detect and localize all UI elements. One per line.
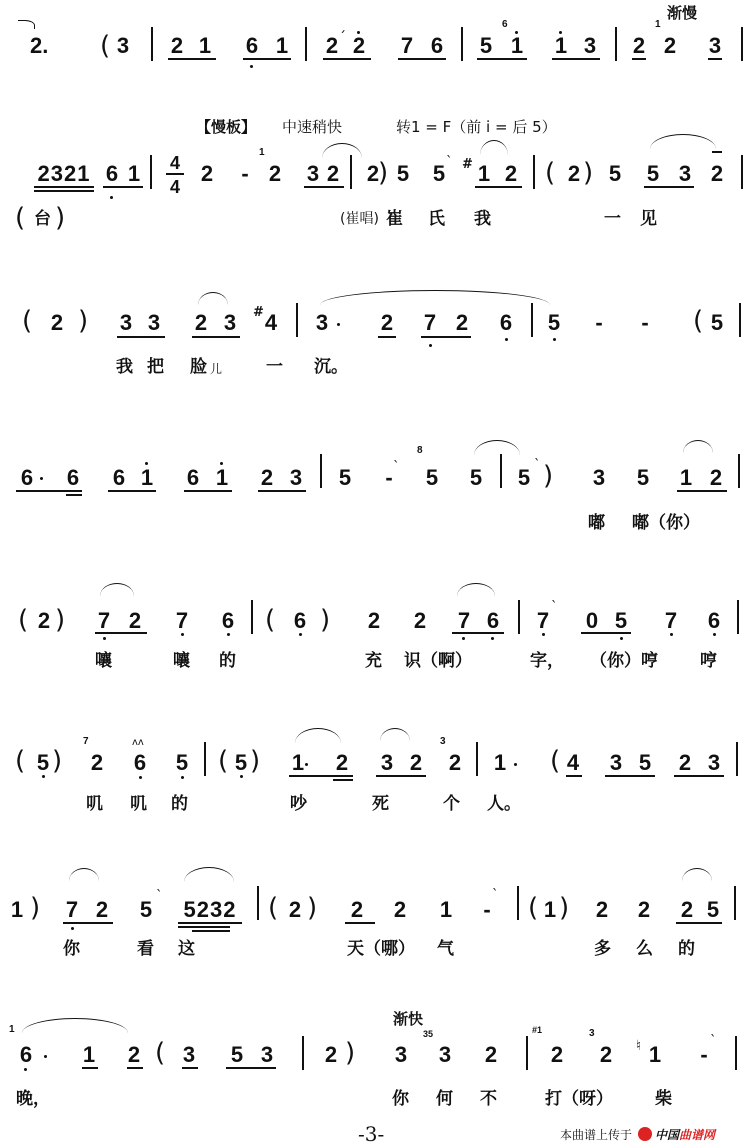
underline [674, 775, 724, 777]
note: 2 [348, 899, 366, 921]
lyric: 气 [437, 940, 454, 958]
underline [605, 775, 655, 777]
note: 2 [548, 1044, 566, 1066]
lyric: 人。 [487, 795, 521, 813]
underline [34, 186, 94, 188]
barline [517, 886, 519, 920]
tempo-mark: 中速稍快 [282, 116, 342, 137]
augmentation-dot [337, 323, 340, 326]
underline [323, 58, 371, 60]
slide-mark: ˊ [339, 30, 346, 46]
underline [477, 58, 527, 60]
page-number: -3- [358, 1122, 384, 1146]
grace-note: 6 [502, 20, 508, 30]
note: 0 [583, 610, 601, 632]
low-octave-dot [71, 927, 74, 930]
barline [320, 454, 322, 488]
low-octave-dot [429, 344, 432, 347]
slur [480, 140, 508, 155]
underline [475, 186, 522, 188]
note: 6 [219, 610, 237, 632]
note: 6 [243, 35, 261, 57]
lyric: 不 [480, 1090, 497, 1108]
key-change: 转1 = F（前 i̇ = 后 5） [396, 116, 557, 137]
note: 2 [593, 899, 611, 921]
underline [117, 336, 165, 338]
note: 2 [446, 752, 464, 774]
lyric: 崔 [386, 210, 403, 228]
note: 2 [324, 163, 342, 185]
note: 7 [95, 610, 113, 632]
lyric: 多 [594, 940, 611, 958]
note: 2 [565, 163, 583, 185]
slur [320, 290, 550, 305]
source-watermark: 本曲谱上传于中国曲谱网 [560, 1126, 715, 1143]
low-octave-dot [227, 633, 230, 636]
lyric: 脸 [190, 358, 207, 376]
note: 3 [581, 35, 599, 57]
note: 3 [114, 35, 132, 57]
note: 3 [392, 1044, 410, 1066]
note: 1 [541, 899, 559, 921]
grace-note: 1 [655, 20, 661, 30]
low-octave-dot [620, 637, 623, 640]
slur [457, 583, 495, 596]
paren-close: ) [30, 893, 40, 923]
underline [421, 336, 471, 338]
note: 5 [634, 467, 652, 489]
high-octave-dot [220, 462, 223, 465]
barline [738, 454, 740, 488]
note: 5 [606, 163, 624, 185]
lyric: 把 [147, 358, 164, 376]
sharp: # [462, 157, 473, 172]
barline [204, 742, 206, 776]
underline [676, 922, 722, 924]
underline [677, 490, 727, 492]
lyric: 你 [63, 940, 80, 958]
note: 7 [455, 610, 473, 632]
lyric: 识（啊） [404, 652, 472, 670]
low-octave-dot [240, 775, 243, 778]
slur [22, 1018, 128, 1033]
note: 5 [545, 312, 563, 334]
time-sig-line [166, 173, 184, 175]
underline [192, 930, 230, 932]
note: 1 [508, 35, 526, 57]
note: 2 [192, 312, 210, 334]
note: 2 [266, 163, 284, 185]
barline [296, 303, 298, 337]
lyric: 死 [372, 795, 389, 813]
breath-mark: ˋ [551, 600, 558, 615]
paren-open: ( [265, 605, 275, 635]
note: 6 [184, 467, 202, 489]
lyric: 嚷 [95, 652, 112, 670]
low-octave-dot [553, 338, 556, 341]
barline [615, 27, 617, 61]
paren-close: ) [55, 203, 65, 233]
barline [305, 27, 307, 61]
low-octave-dot [110, 196, 113, 199]
underline [552, 58, 600, 60]
underline [243, 58, 291, 60]
barline [150, 155, 152, 189]
grace-note: 7 [83, 737, 89, 747]
breath-mark: ˋ [446, 155, 453, 170]
lyric: 的 [171, 795, 188, 813]
note: 5 [394, 163, 412, 185]
note: 5 [708, 312, 726, 334]
note: 1 [491, 752, 509, 774]
barline [735, 1036, 737, 1070]
paren-open: ( [155, 1038, 165, 1068]
note: 5 [336, 467, 354, 489]
breath-mark: ˋ [393, 460, 400, 475]
note: 5 [644, 163, 662, 185]
tempo-mark: 渐慢 [667, 2, 697, 23]
lyric: 个 [443, 795, 460, 813]
underline [644, 186, 694, 188]
high-octave-dot [559, 31, 562, 34]
grace-note: 3 [589, 1029, 595, 1039]
note: 3 [676, 163, 694, 185]
breath-mark: ˋ [156, 889, 163, 904]
lyric: 嘟 [588, 514, 605, 532]
trill-mark: ʌʌ [132, 737, 144, 748]
slur [184, 867, 234, 882]
barline [251, 600, 253, 634]
underline [398, 58, 446, 60]
paren-close: ) [250, 746, 260, 776]
natural-sign: ♮ [636, 1038, 641, 1054]
augmentation-dot [514, 763, 517, 766]
paren-open: ( [268, 893, 278, 923]
site-name-part2: 曲谱网 [679, 1128, 715, 1142]
low-octave-dot [505, 338, 508, 341]
lyric: 何 [436, 1090, 453, 1108]
lyric: 嚷 [173, 652, 190, 670]
grace-note: 35 [423, 1029, 433, 1039]
note: 1 [213, 467, 231, 489]
low-octave-dot [24, 1068, 27, 1071]
note: 5 [34, 752, 52, 774]
low-octave-dot [713, 633, 716, 636]
breath-mark: ˋ [710, 1034, 717, 1049]
paren-open: ( [545, 158, 555, 188]
lyric: 叽 [130, 795, 147, 813]
note: 2 [198, 163, 216, 185]
note: 2 [391, 899, 409, 921]
section-label: 【慢板】 [196, 116, 256, 137]
barline [476, 742, 478, 776]
high-octave-dot [515, 31, 518, 34]
note: 3 [180, 1044, 198, 1066]
lyric: 一 [266, 358, 283, 376]
paren-open: ( [218, 746, 228, 776]
underline [226, 1067, 276, 1069]
underline [34, 190, 94, 192]
underline [289, 775, 353, 777]
note: 5 [477, 35, 495, 57]
note: 1 [552, 35, 570, 57]
note: 2 [707, 467, 725, 489]
low-octave-dot [181, 776, 184, 779]
barline [500, 454, 502, 488]
note: 3 [705, 752, 723, 774]
note: 1 [677, 467, 695, 489]
note: 6 [428, 35, 446, 57]
underline [258, 490, 306, 492]
note: 6 [110, 467, 128, 489]
note: 2 [407, 752, 425, 774]
note: 3 [304, 163, 322, 185]
underline [178, 926, 230, 928]
note: 2 [258, 467, 276, 489]
underline [178, 922, 242, 924]
barline [739, 303, 741, 337]
slur [100, 583, 134, 596]
barline [518, 600, 520, 634]
barline [734, 886, 736, 920]
paren-open: ( [550, 746, 560, 776]
slur [683, 440, 713, 453]
note: 7 [173, 610, 191, 632]
note: 4 [262, 312, 280, 334]
note: 6 [291, 610, 309, 632]
note: 3 [590, 467, 608, 489]
barline [533, 155, 535, 189]
note: 2 [411, 610, 429, 632]
lyric: 沉。 [314, 358, 348, 376]
note: 5 [228, 1044, 246, 1066]
note: 1 [437, 899, 455, 921]
note: 2 [168, 35, 186, 57]
underline [127, 1067, 143, 1069]
augmentation-dot [44, 1055, 47, 1058]
note: 6 [64, 467, 82, 489]
lyric: 你 [392, 1090, 409, 1108]
barline [736, 742, 738, 776]
paren-close: ) [559, 893, 569, 923]
note: 6 [103, 163, 121, 185]
paren-open: ( [18, 605, 28, 635]
underline [63, 922, 113, 924]
low-octave-dot [670, 633, 673, 636]
lyric: 晚， [16, 1090, 50, 1108]
note: 7 [421, 312, 439, 334]
note: 2 [350, 35, 368, 57]
underline [16, 490, 82, 492]
note: 2 [708, 163, 726, 185]
lyric: 一 [604, 210, 621, 228]
underline [182, 1067, 198, 1069]
slur [474, 440, 520, 455]
lyric: 叽 [86, 795, 103, 813]
note: 7 [534, 610, 552, 632]
grace-note: 1 [9, 1025, 15, 1035]
lyric: 字， [530, 652, 564, 670]
low-octave-dot [491, 637, 494, 640]
note: 5 [232, 752, 250, 774]
underline [103, 186, 143, 188]
note: 5 [423, 467, 441, 489]
underline [345, 922, 375, 924]
time-sig-top: 4 [166, 152, 184, 174]
note: 1 [80, 1044, 98, 1066]
note: 2 [35, 610, 53, 632]
grace-note: #1 [532, 1025, 542, 1035]
slur [380, 728, 410, 741]
note: 2 [88, 752, 106, 774]
lyric: 的 [219, 652, 236, 670]
lyric: 吵 [290, 795, 307, 813]
note: 2. [30, 35, 48, 57]
paren-close: ) [55, 605, 65, 635]
note: 2 [378, 312, 396, 334]
note: 5 [704, 899, 722, 921]
underline [333, 779, 353, 781]
lyric: （你）哼 [590, 652, 658, 670]
note: 6 [484, 610, 502, 632]
note: 6 [17, 1044, 35, 1066]
note: 1 [8, 899, 26, 921]
note: 2 [322, 1044, 340, 1066]
underline [452, 632, 504, 634]
lyric: 氏 [428, 210, 445, 228]
barline [526, 1036, 528, 1070]
lyric: 我 [116, 358, 133, 376]
note-group: 5232 [178, 899, 242, 921]
paren-close: ) [307, 893, 317, 923]
note: 3 [258, 1044, 276, 1066]
paren-open: ( [15, 746, 25, 776]
paren-open: ( [693, 306, 703, 336]
paren-close: ) [52, 746, 62, 776]
underline [66, 494, 82, 496]
low-octave-dot [139, 776, 142, 779]
note: 3 [117, 312, 135, 334]
underline [95, 632, 147, 634]
slur [69, 868, 99, 881]
note: 2 [333, 752, 351, 774]
note: 7 [398, 35, 416, 57]
note: 2 [661, 35, 679, 57]
underline [376, 775, 426, 777]
paren-close: ) [583, 158, 593, 188]
paren-close: ) [543, 461, 553, 491]
barline [151, 27, 153, 61]
note: 2 [125, 1044, 143, 1066]
dash: - [590, 312, 608, 334]
note: 2 [48, 312, 66, 334]
note: 2 [126, 610, 144, 632]
paren-close: ) [320, 605, 330, 635]
slur [682, 868, 712, 881]
paren-close: ) [378, 158, 388, 188]
note: 6 [497, 312, 515, 334]
underline [184, 490, 232, 492]
note: 5 [467, 467, 485, 489]
note: 6 [18, 467, 36, 489]
slur [198, 292, 228, 305]
note: 3 [378, 752, 396, 774]
site-name-part1: 中国 [655, 1128, 679, 1142]
lyric: 儿 [210, 360, 222, 378]
underline [168, 58, 216, 60]
lyric: (崔唱) [340, 210, 379, 228]
lyric: 哼 [700, 652, 717, 670]
site-logo-icon [638, 1127, 652, 1141]
paren-open: ( [22, 306, 32, 336]
note: 5 [612, 610, 630, 632]
note: 1 [138, 467, 156, 489]
lyric: 我 [474, 210, 491, 228]
barline [302, 1036, 304, 1070]
paren-close: ) [345, 1038, 355, 1068]
note: 7 [63, 899, 81, 921]
note: 5 [515, 467, 533, 489]
lyric: 看 [137, 940, 154, 958]
low-octave-dot [542, 633, 545, 636]
note: 1 [646, 1044, 664, 1066]
underline [82, 1067, 98, 1069]
note: 2 [502, 163, 520, 185]
note: 1 [475, 163, 493, 185]
note: 3 [436, 1044, 454, 1066]
underline [192, 336, 240, 338]
note: 3 [607, 752, 625, 774]
note: 4 [564, 752, 582, 774]
barline [741, 155, 743, 189]
source-label: 本曲谱上传于 [560, 1128, 632, 1142]
underline [581, 632, 631, 634]
lyric: 嘟（你） [632, 514, 700, 532]
note: 5 [173, 752, 191, 774]
tie-mark [18, 20, 35, 29]
lyric: 的 [678, 940, 695, 958]
lyric: 柴 [655, 1090, 672, 1108]
lyric: 打（呀） [545, 1090, 613, 1108]
paren-open: ( [528, 893, 538, 923]
barline [737, 600, 739, 634]
note: 2 [93, 899, 111, 921]
barline [531, 303, 533, 337]
lyric: 天（哪） [347, 940, 415, 958]
breath-mark: ˋ [534, 458, 541, 473]
low-octave-dot [103, 637, 106, 640]
underline [304, 186, 344, 188]
note: 5 [636, 752, 654, 774]
note: 6 [705, 610, 723, 632]
high-octave-dot [357, 31, 360, 34]
dash: - [236, 163, 254, 185]
note: 3 [706, 35, 724, 57]
low-octave-dot [462, 637, 465, 640]
augmentation-dot [305, 763, 308, 766]
barline [461, 27, 463, 61]
tempo-mark: 渐快 [393, 1008, 423, 1029]
barline [350, 155, 352, 189]
note: 2 [676, 752, 694, 774]
slur [295, 728, 341, 743]
paren-open: ( [100, 31, 110, 61]
note: 3 [221, 312, 239, 334]
lyric: 这 [178, 940, 195, 958]
slur [322, 143, 362, 158]
note: 2 [453, 312, 471, 334]
note: 7 [662, 610, 680, 632]
